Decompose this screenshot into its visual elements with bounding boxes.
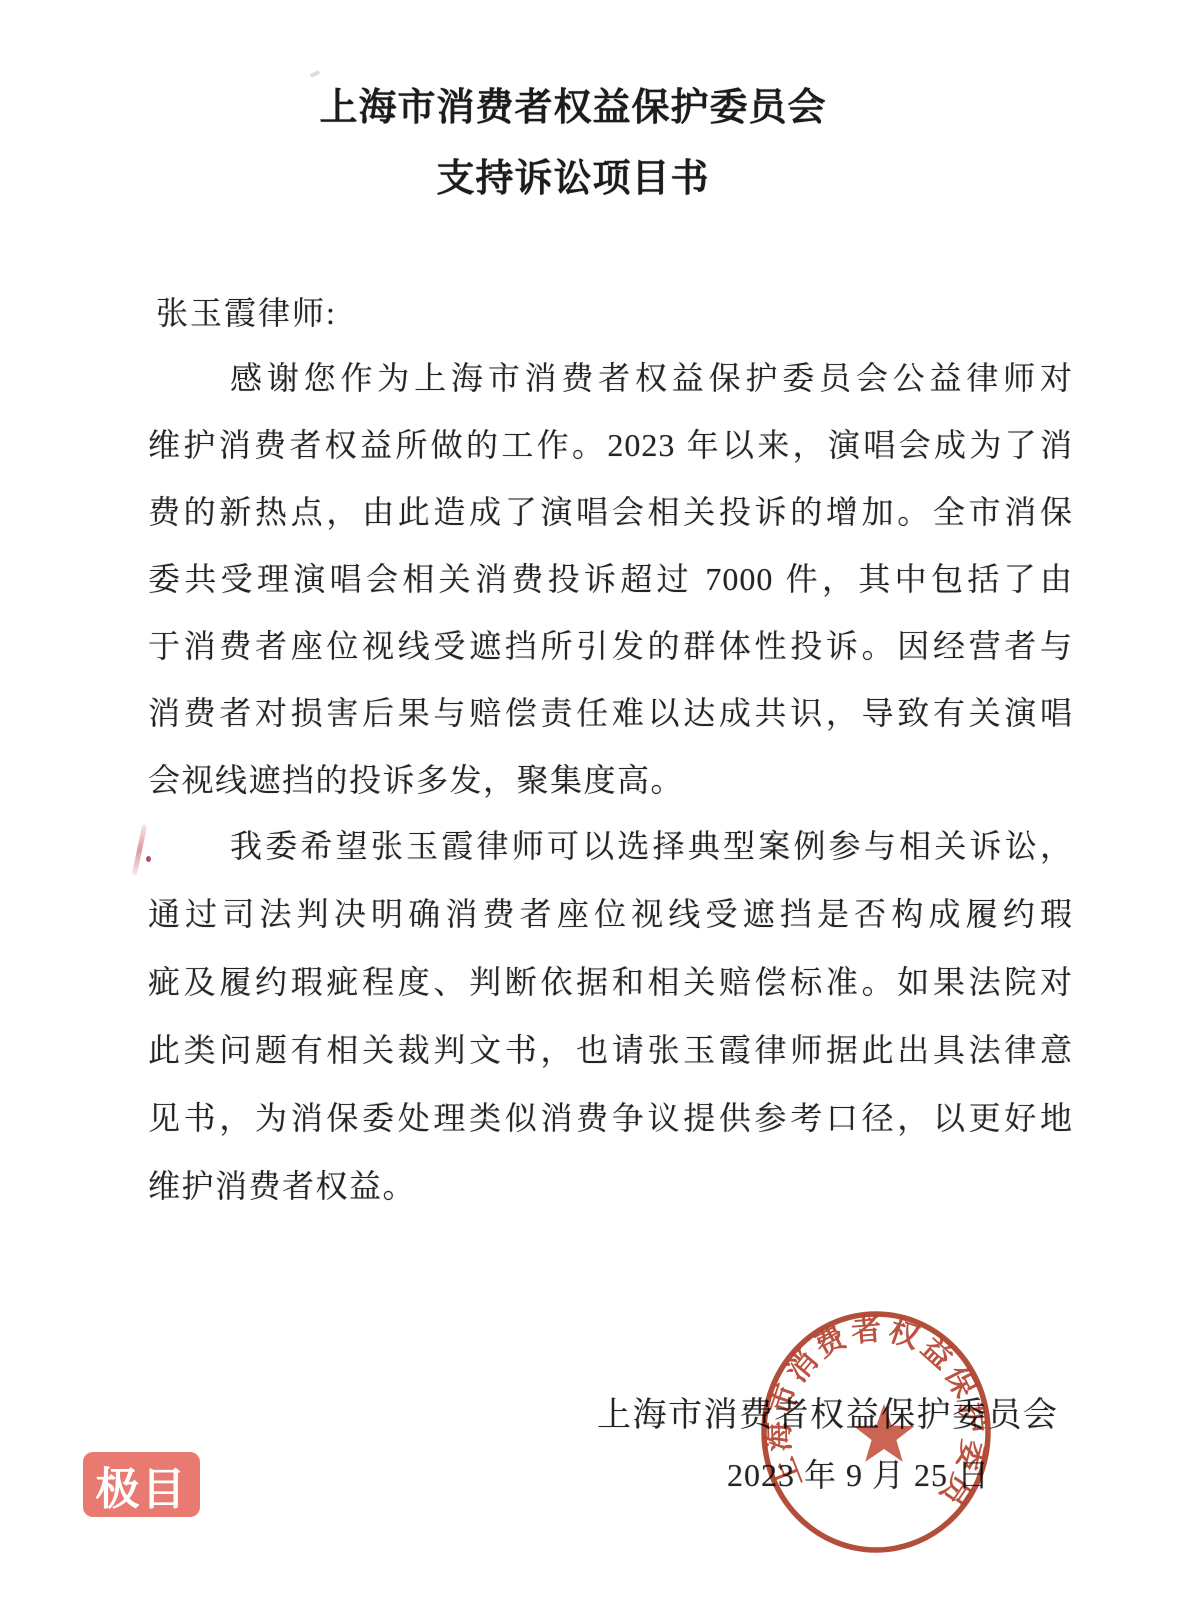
signature-date: 2023 年 9 月 25 日 <box>727 1450 990 1496</box>
watermark-text: 极目 <box>96 1453 188 1517</box>
document-title-line2: 支持诉讼项目书 <box>0 147 1173 202</box>
body-line: 消费者对损害后果与赔偿责任难以达成共识，导致有关演唱 <box>148 680 1073 747</box>
body-line: 费的新热点，由此造成了演唱会相关投诉的增加。全市消保 <box>148 479 1073 546</box>
document-title-line1: 上海市消费者权益保护委员会 <box>0 76 1173 131</box>
body-line: 此类问题有相关裁判文书，也请张玉霞律师据此出具法律意 <box>148 1016 1073 1084</box>
body-line: 通过司法判决明确消费者座位视线受遮挡是否构成履约瑕 <box>148 880 1073 948</box>
body-line: 维护消费者权益所做的工作。2023 年以来，演唱会成为了消 <box>148 412 1073 479</box>
body-line: 会视线遮挡的投诉多发，聚集度高。 <box>148 747 1073 814</box>
body-line: 见书，为消保委处理类似消费争议提供参考口径，以更好地 <box>148 1084 1073 1152</box>
body-line: 我委希望张玉霞律师可以选择典型案例参与相关诉讼， <box>148 812 1073 880</box>
body-paragraph-2: 我委希望张玉霞律师可以选择典型案例参与相关诉讼， 通过司法判决明确消费者座位视线… <box>148 812 1073 1220</box>
watermark-badge: 极目 <box>83 1452 200 1517</box>
signature-organization: 上海市消费者权益保护委员会 <box>597 1387 1059 1436</box>
body-line: 委共受理演唱会相关消费投诉超过 7000 件，其中包括了由 <box>148 546 1073 613</box>
document-page: 上海市消费者权益保护委员会 支持诉讼项目书 张玉霞律师: 感谢您作为上海市消费者… <box>0 0 1200 1599</box>
salutation: 张玉霞律师: <box>148 288 1081 334</box>
body-paragraph-1: 感谢您作为上海市消费者权益保护委员会公益律师对 维护消费者权益所做的工作。202… <box>148 345 1073 814</box>
body-line: 感谢您作为上海市消费者权益保护委员会公益律师对 <box>148 345 1073 412</box>
body-line: 维护消费者权益。 <box>148 1152 1073 1220</box>
body-line: 疵及履约瑕疵程度、判断依据和相关赔偿标准。如果法院对 <box>148 948 1073 1016</box>
body-line: 于消费者座位视线受遮挡所引发的群体性投诉。因经营者与 <box>148 613 1073 680</box>
red-ink-smudge <box>132 824 148 876</box>
